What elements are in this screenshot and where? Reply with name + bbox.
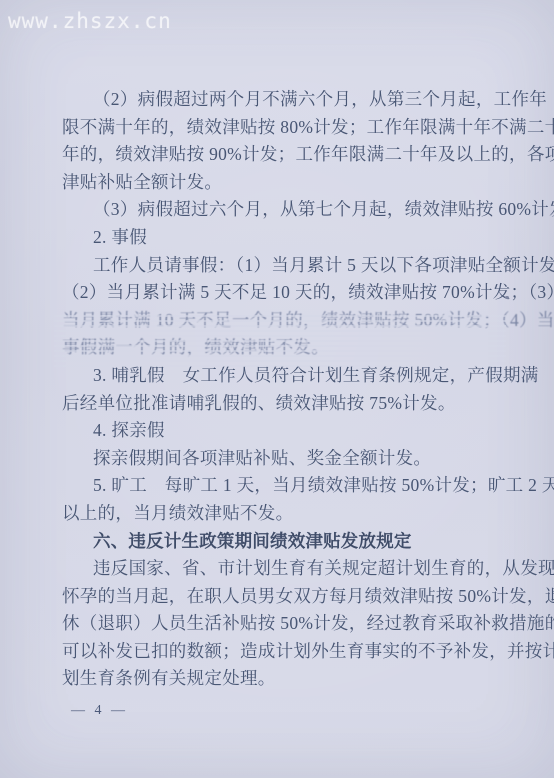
paragraph-line: 年的，绩效津贴按 90%计发；工作年限满二十年及以上的，各项 xyxy=(62,141,500,169)
paragraph-line: （3）病假超过六个月，从第七个月起，绩效津贴按 60%计发。 xyxy=(62,196,500,224)
scanned-document-page: www.zhszx.cn （2）病假超过两个月不满六个月，从第三个月起，工作年 … xyxy=(0,0,554,778)
paragraph-line: 津贴补贴全额计发。 xyxy=(62,169,500,197)
paragraph-line: 工作人员请事假：（1）当月累计 5 天以下各项津贴全额计发； xyxy=(62,252,500,280)
paragraph-line: 可以补发已扣的数额；造成计划外生育事实的不予补发，并按计 xyxy=(62,638,500,666)
paragraph-line: 划生育条例有关规定处理。 xyxy=(62,665,500,693)
list-item-heading: 5. 旷工 每旷工 1 天，当月绩效津贴按 50%计发；旷工 2 天 xyxy=(62,472,500,500)
paragraph-line: 怀孕的当月起，在职人员男女双方每月绩效津贴按 50%计发，退 xyxy=(62,583,500,611)
list-item-heading: 2. 事假 xyxy=(62,224,500,252)
paragraph-line-faded: 当月累计满 10 天不足一个月的，绩效津贴按 50%计发；（4）当月 xyxy=(62,307,500,335)
paragraph-line: （2）当月累计满 5 天不足 10 天的，绩效津贴按 70%计发；（3） xyxy=(62,279,500,307)
paragraph-line: 探亲假期间各项津贴补贴、奖金全额计发。 xyxy=(62,445,500,473)
paragraph-line: （2）病假超过两个月不满六个月，从第三个月起，工作年 xyxy=(62,86,500,114)
section-heading: 六、违反计生政策期间绩效津贴发放规定 xyxy=(62,528,500,556)
paragraph-line: 限不满十年的，绩效津贴按 80%计发；工作年限满十年不满二十 xyxy=(62,114,500,142)
list-item-heading: 4. 探亲假 xyxy=(62,417,500,445)
paragraph-line: 违反国家、省、市计划生育有关规定超计划生育的，从发现 xyxy=(62,555,500,583)
page-number: — 4 — xyxy=(71,703,128,719)
paragraph-line: 以上的，当月绩效津贴不发。 xyxy=(62,500,500,528)
paragraph-line-faded: 事假满一个月的，绩效津贴不发。 xyxy=(62,334,500,362)
watermark-text: www.zhszx.cn xyxy=(8,9,172,33)
paragraph-line: 后经单位批准请哺乳假的、绩效津贴按 75%计发。 xyxy=(62,390,500,418)
list-item-heading: 3. 哺乳假 女工作人员符合计划生育条例规定，产假期满 xyxy=(62,362,500,390)
document-body: （2）病假超过两个月不满六个月，从第三个月起，工作年 限不满十年的，绩效津贴按 … xyxy=(62,86,500,693)
paragraph-line: 休（退职）人员生活补贴按 50%计发，经过教育采取补救措施的， xyxy=(62,610,500,638)
scan-speck xyxy=(505,296,509,299)
